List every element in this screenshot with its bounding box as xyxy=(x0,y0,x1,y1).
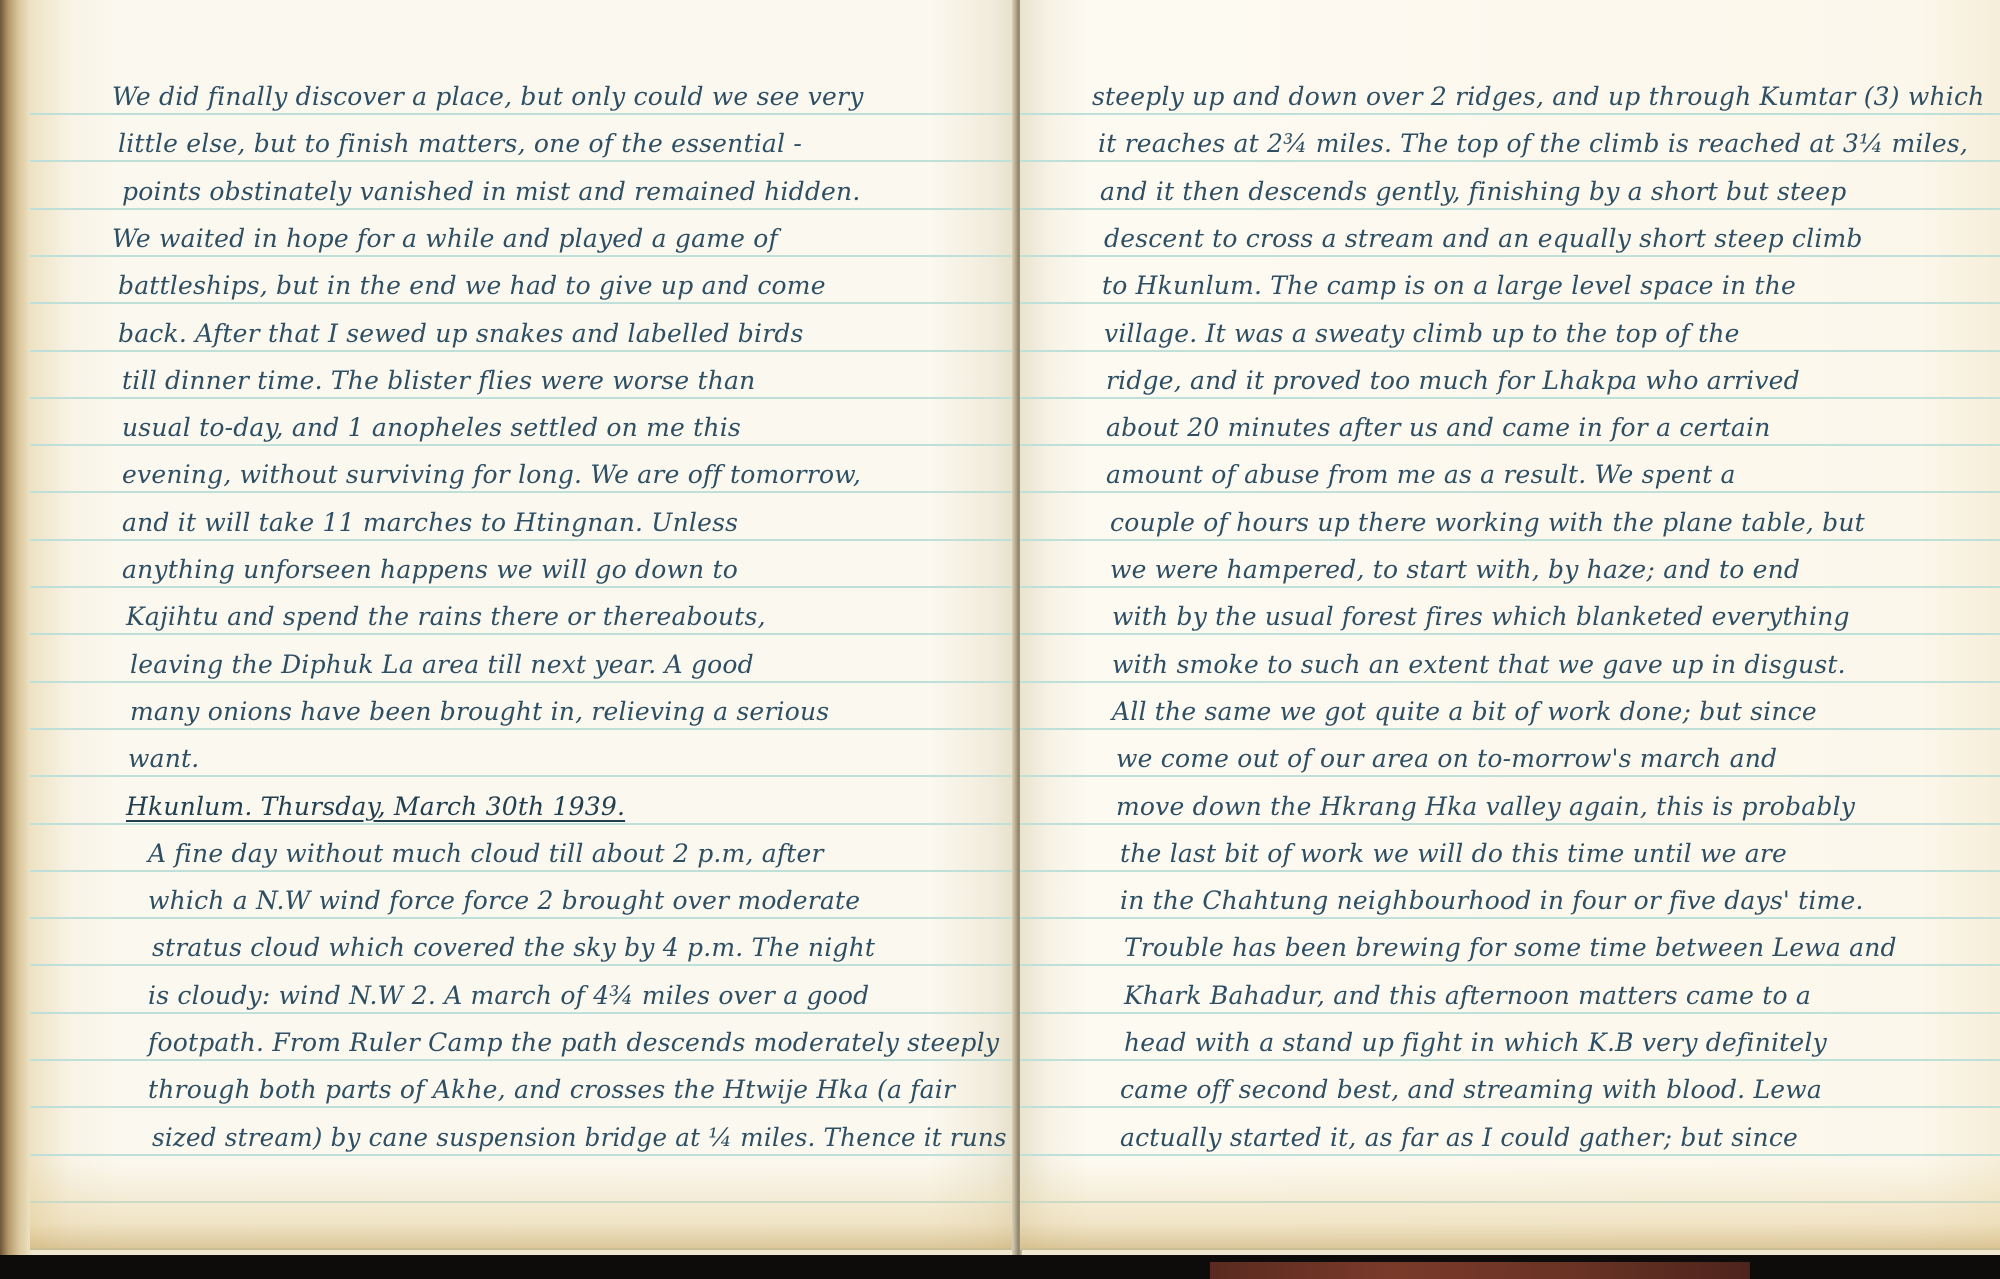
handwritten-line: steeply up and down over 2 ridges, and u… xyxy=(1092,82,1985,111)
handwritten-line: couple of hours up there working with th… xyxy=(1110,508,1865,537)
ruled-line xyxy=(1020,964,2000,966)
handwritten-line: descent to cross a stream and an equally… xyxy=(1104,224,1863,253)
ruled-line xyxy=(1020,870,2000,872)
handwritten-line: to Hkunlum. The camp is on a large level… xyxy=(1102,271,1796,300)
handwritten-line: want. xyxy=(128,744,199,773)
handwritten-line: actually started it, as far as I could g… xyxy=(1120,1123,1798,1152)
handwritten-line: usual to-day, and 1 anopheles settled on… xyxy=(122,413,741,442)
ruled-line xyxy=(30,633,1015,635)
handwritten-line: All the same we got quite a bit of work … xyxy=(1112,697,1817,726)
ruled-line xyxy=(1020,1106,2000,1108)
handwritten-line: footpath. From Ruler Camp the path desce… xyxy=(148,1028,999,1057)
handwritten-line: and it will take 11 marches to Htingnan.… xyxy=(122,508,738,537)
water-stain xyxy=(1020,1160,2000,1250)
ruled-line xyxy=(30,586,1015,588)
ruled-line xyxy=(1020,397,2000,399)
ruled-line xyxy=(30,1154,1015,1156)
handwritten-line: Khark Bahadur, and this afternoon matter… xyxy=(1124,981,1811,1010)
handwritten-line: about 20 minutes after us and came in fo… xyxy=(1106,413,1771,442)
ruled-line xyxy=(30,113,1015,115)
handwritten-line: many onions have been brought in, reliev… xyxy=(130,697,829,726)
ruled-line xyxy=(30,1012,1015,1014)
handwritten-line: with smoke to such an extent that we gav… xyxy=(1112,650,1846,679)
ruled-line xyxy=(30,160,1015,162)
ruled-line xyxy=(1020,633,2000,635)
ruled-line xyxy=(1020,444,2000,446)
handwritten-line: we were hampered, to start with, by haze… xyxy=(1110,555,1800,584)
ruled-line xyxy=(30,302,1015,304)
ruled-line xyxy=(30,823,1015,825)
handwritten-line: Kajihtu and spend the rains there or the… xyxy=(126,602,766,631)
handwritten-line: back. After that I sewed up snakes and l… xyxy=(118,319,804,348)
handwritten-line: is cloudy: wind N.W 2. A march of 4¾ mil… xyxy=(148,981,869,1010)
handwritten-line: We waited in hope for a while and played… xyxy=(112,224,778,253)
handwritten-line: anything unforseen happens we will go do… xyxy=(122,555,738,584)
handwritten-line: head with a stand up fight in which K.B … xyxy=(1124,1028,1827,1057)
entry-heading: Hkunlum. Thursday, March 30th 1939. xyxy=(126,792,625,821)
ruled-line xyxy=(30,964,1015,966)
ruled-line xyxy=(1020,350,2000,352)
ruled-line xyxy=(30,255,1015,257)
handwritten-line: the last bit of work we will do this tim… xyxy=(1120,839,1787,868)
ruled-line xyxy=(1020,539,2000,541)
left-page: We did finally discover a place, but onl… xyxy=(30,0,1015,1250)
ruled-line xyxy=(1020,1012,2000,1014)
ruled-line xyxy=(1020,586,2000,588)
handwritten-line: battleships, but in the end we had to gi… xyxy=(118,271,826,300)
handwritten-line: we come out of our area on to-morrow's m… xyxy=(1116,744,1777,773)
handwritten-line: stratus cloud which covered the sky by 4… xyxy=(152,933,875,962)
handwritten-line: sized stream) by cane suspension bridge … xyxy=(152,1123,1007,1152)
handwritten-line: in the Chahtung neighbourhood in four or… xyxy=(1120,886,1864,915)
ruled-line xyxy=(30,491,1015,493)
handwritten-line: Trouble has been brewing for some time b… xyxy=(1124,933,1897,962)
ruled-line xyxy=(1020,775,2000,777)
handwritten-line: amount of abuse from me as a result. We … xyxy=(1106,460,1736,489)
handwritten-line: ridge, and it proved too much for Lhakpa… xyxy=(1106,366,1800,395)
handwritten-line: leaving the Diphuk La area till next yea… xyxy=(130,650,754,679)
ruled-line xyxy=(1020,491,2000,493)
ruled-line xyxy=(30,775,1015,777)
ruled-line xyxy=(30,208,1015,210)
ruled-line xyxy=(1020,208,2000,210)
handwritten-line: came off second best, and streaming with… xyxy=(1120,1075,1822,1104)
handwritten-line: which a N.W wind force force 2 brought o… xyxy=(148,886,860,915)
handwritten-line: till dinner time. The blister flies were… xyxy=(122,366,755,395)
handwritten-line: points obstinately vanished in mist and … xyxy=(122,177,860,206)
ruled-line xyxy=(1020,823,2000,825)
ruled-line xyxy=(30,444,1015,446)
ruled-line xyxy=(1020,1154,2000,1156)
right-page: steeply up and down over 2 ridges, and u… xyxy=(1020,0,2000,1250)
handwritten-line: We did finally discover a place, but onl… xyxy=(112,82,864,111)
handwritten-line: move down the Hkrang Hka valley again, t… xyxy=(1116,792,1855,821)
handwritten-line: little else, but to finish matters, one … xyxy=(118,129,802,158)
handwritten-line: with by the usual forest fires which bla… xyxy=(1112,602,1850,631)
ruled-line xyxy=(1020,255,2000,257)
ruled-line xyxy=(1020,917,2000,919)
handwritten-line: through both parts of Akhe, and crosses … xyxy=(148,1075,955,1104)
ruled-line xyxy=(1020,160,2000,162)
page-edges xyxy=(0,0,34,1258)
water-stain xyxy=(30,1160,1015,1250)
ruled-line xyxy=(1020,681,2000,683)
handwritten-line: it reaches at 2¾ miles. The top of the c… xyxy=(1098,129,1968,158)
handwritten-line: and it then descends gently, finishing b… xyxy=(1100,177,1846,206)
ruled-line xyxy=(30,917,1015,919)
ruled-line xyxy=(1020,728,2000,730)
book-cover-edge xyxy=(1210,1262,1750,1279)
ruled-line xyxy=(30,539,1015,541)
handwritten-line: evening, without surviving for long. We … xyxy=(122,460,861,489)
open-notebook: We did finally discover a place, but onl… xyxy=(0,0,2000,1258)
ruled-line xyxy=(1020,1059,2000,1061)
ruled-line xyxy=(30,870,1015,872)
ruled-line xyxy=(30,1106,1015,1108)
ruled-line xyxy=(1020,113,2000,115)
ruled-line xyxy=(30,397,1015,399)
ruled-line xyxy=(30,1059,1015,1061)
ruled-line xyxy=(1020,302,2000,304)
ruled-line xyxy=(30,728,1015,730)
handwritten-line: village. It was a sweaty climb up to the… xyxy=(1104,319,1740,348)
handwritten-line: A fine day without much cloud till about… xyxy=(148,839,824,868)
ruled-line xyxy=(30,350,1015,352)
ruled-line xyxy=(30,681,1015,683)
